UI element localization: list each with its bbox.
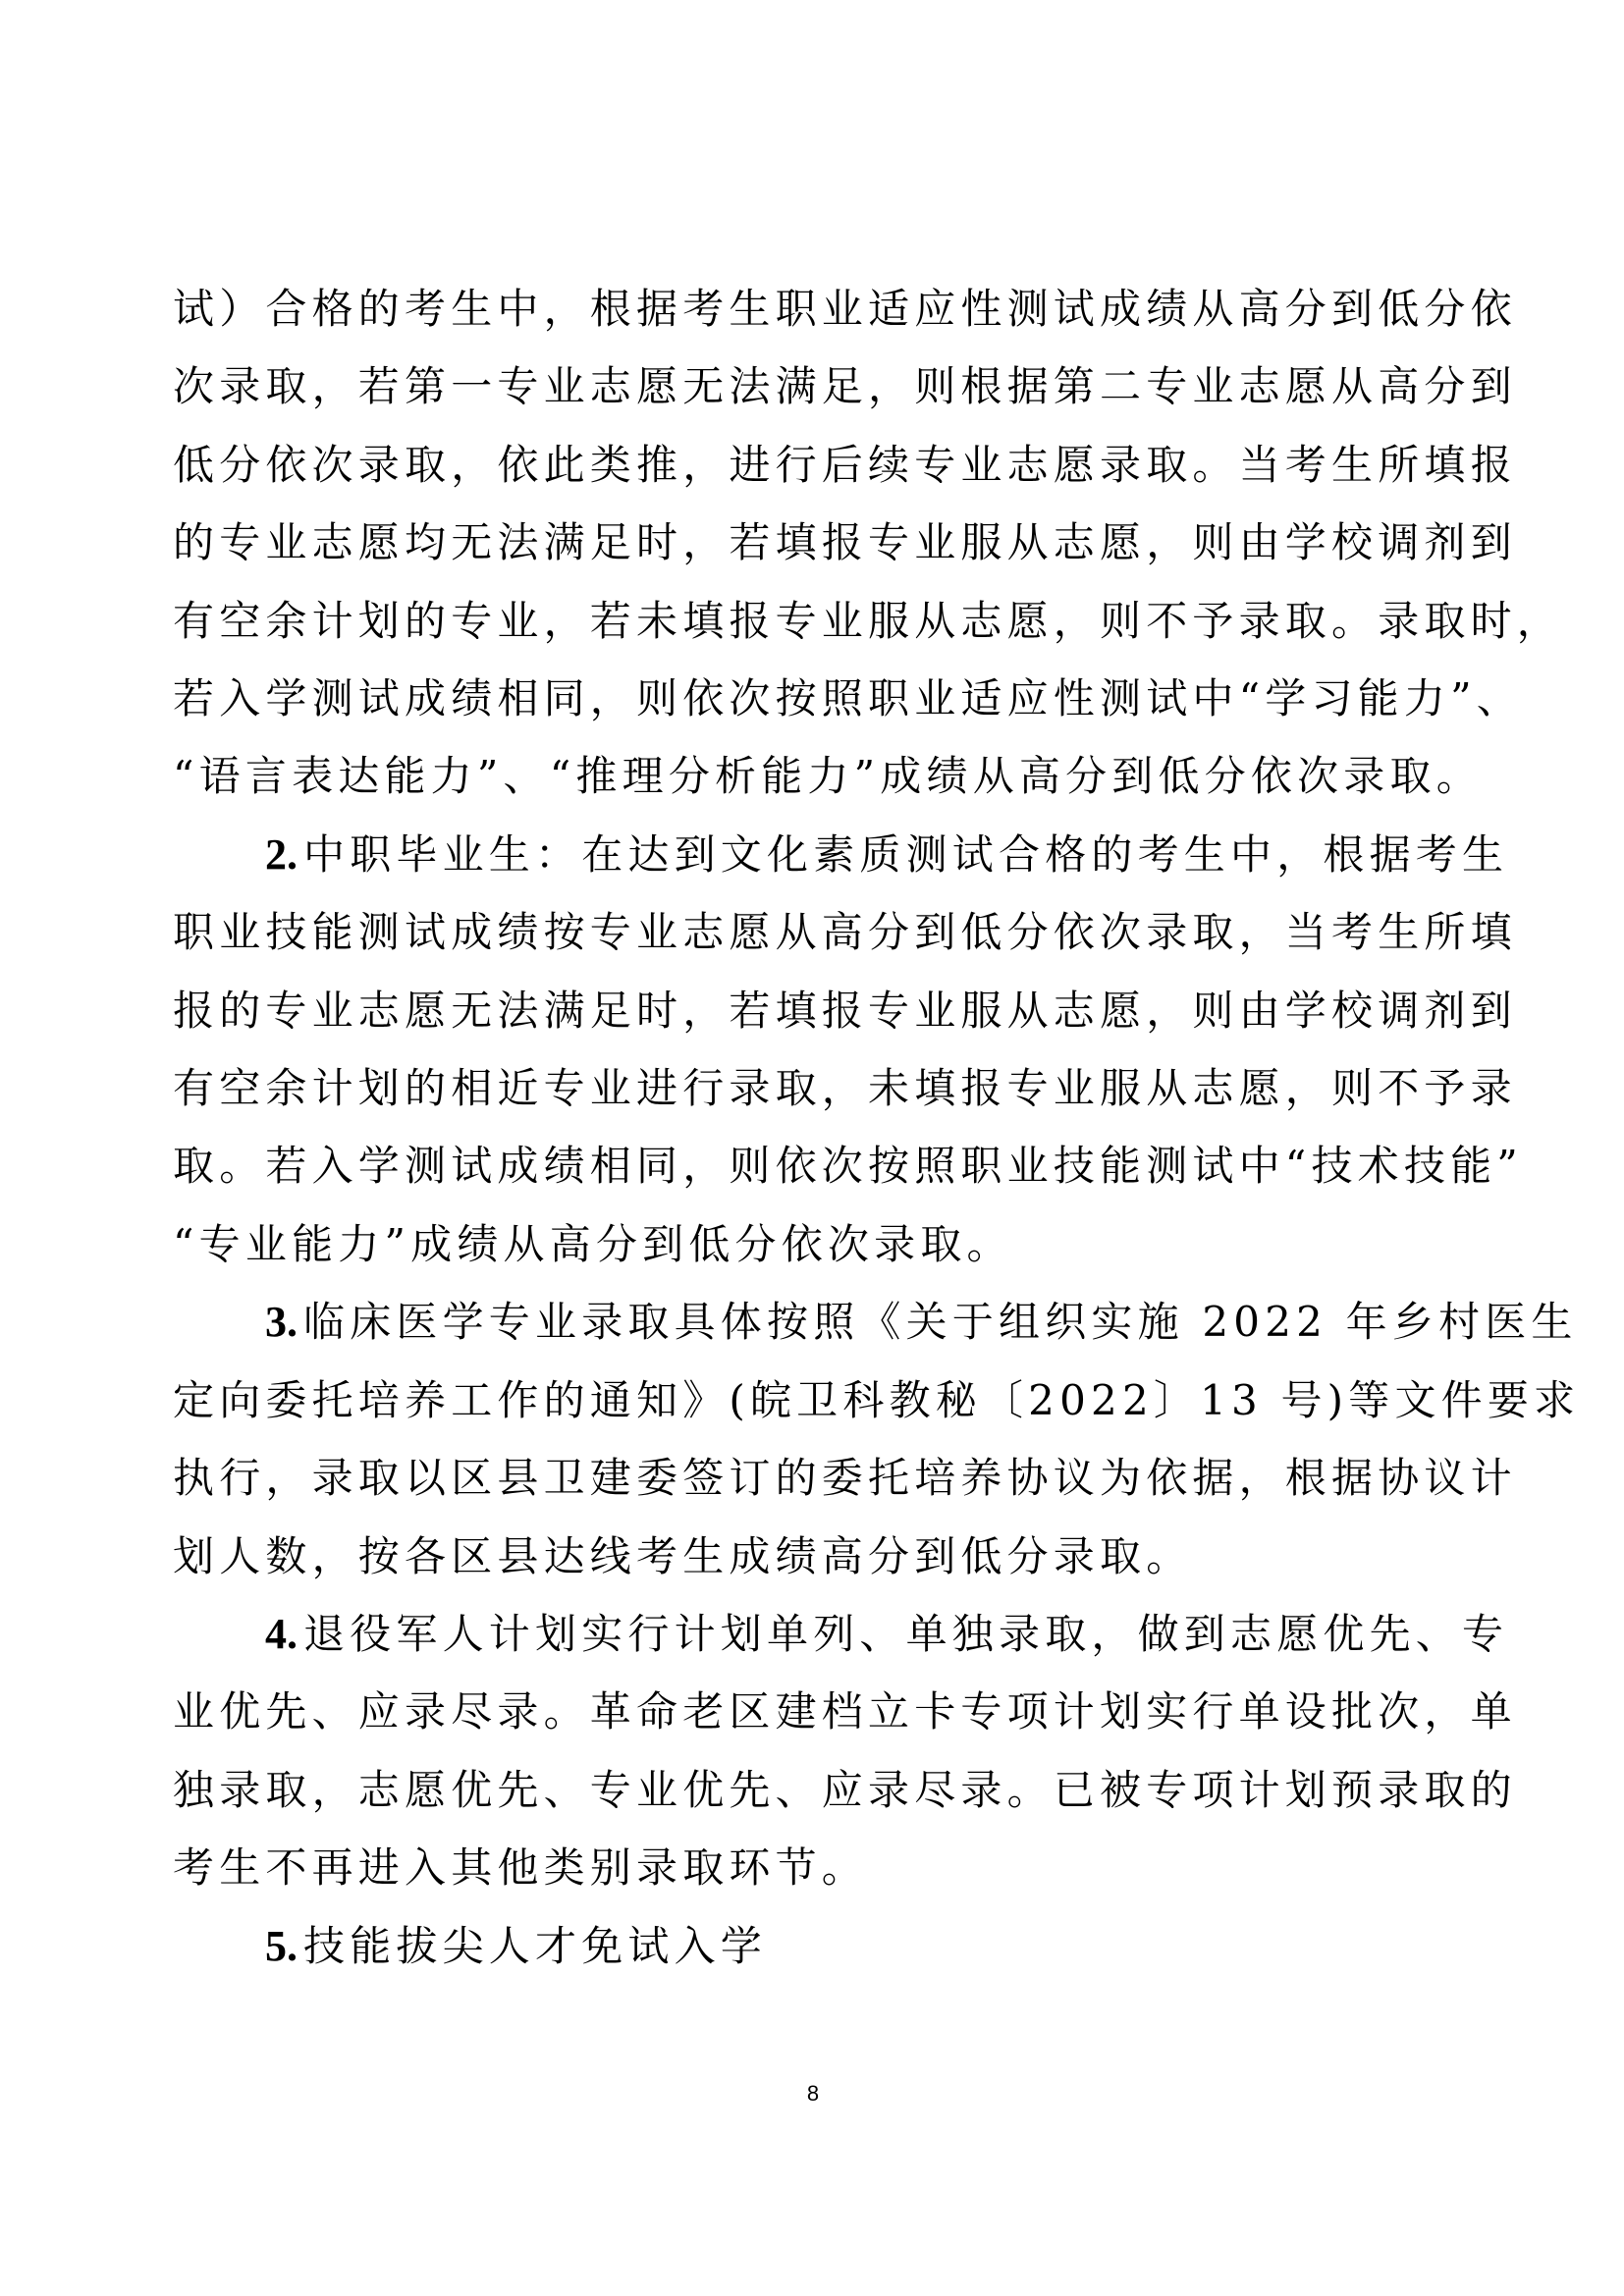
text-line: 低分依次录取，依此类推，进行后续专业志愿录取。当考生所填报 — [173, 426, 1453, 504]
text-line: 4.退役军人计划实行计划单列、单独录取，做到志愿优先、专 — [173, 1595, 1453, 1673]
text-line: 有空余计划的相近专业进行录取，未填报专业服从志愿，则不予录 — [173, 1049, 1453, 1127]
text-line: 考生不再进入其他类别录取环节。 — [173, 1829, 1453, 1906]
text-line: 若入学测试成绩相同，则依次按照职业适应性测试中“学习能力”、 — [173, 660, 1453, 737]
text-line: 的专业志愿均无法满足时，若填报专业服从志愿，则由学校调剂到 — [173, 504, 1453, 581]
item-number: 4. — [265, 1610, 298, 1658]
item-number: 2. — [265, 830, 298, 879]
text-line: 划人数，按各区县达线考生成绩高分到低分录取。 — [173, 1518, 1453, 1595]
item-number: 5. — [265, 1922, 298, 1970]
text-line: 2.中职毕业生：在达到文化素质测试合格的考生中，根据考生 — [173, 816, 1453, 893]
text-line: 取。若入学测试成绩相同，则依次按照职业技能测试中“技术技能” — [173, 1127, 1453, 1204]
paragraph-continuation: 试）合格的考生中，根据考生职业适应性测试成绩从高分到低分依 次录取，若第一专业志… — [173, 270, 1453, 816]
text-run: 退役军人计划实行计划单列、单独录取，做到志愿优先、专 — [303, 1610, 1508, 1658]
page-number: 8 — [801, 2081, 825, 2107]
document-page: 试）合格的考生中，根据考生职业适应性测试成绩从高分到低分依 次录取，若第一专业志… — [0, 0, 1624, 2296]
text-line: 职业技能测试成绩按专业志愿从高分到低分依次录取，当考生所填 — [173, 893, 1453, 971]
text-line: 独录取，志愿优先、专业优先、应录尽录。已被专项计划预录取的 — [173, 1751, 1453, 1829]
text-run: 中职毕业生：在达到文化素质测试合格的考生中，根据考生 — [303, 830, 1508, 879]
body-text: 试）合格的考生中，根据考生职业适应性测试成绩从高分到低分依 次录取，若第一专业志… — [173, 270, 1453, 1985]
paragraph-item-3: 3.临床医学专业录取具体按照《关于组织实施 2022 年乡村医生 定向委托培养工… — [173, 1283, 1453, 1595]
paragraph-item-5: 5.技能拔尖人才免试入学 — [173, 1907, 1453, 1985]
paragraph-item-2: 2.中职毕业生：在达到文化素质测试合格的考生中，根据考生 职业技能测试成绩按专业… — [173, 816, 1453, 1283]
text-line: 5.技能拔尖人才免试入学 — [173, 1907, 1453, 1985]
text-line: “语言表达能力”、“推理分析能力”成绩从高分到低分依次录取。 — [173, 737, 1453, 815]
text-line: 执行，录取以区县卫建委签订的委托培养协议为依据，根据协议计 — [173, 1439, 1453, 1517]
text-line: 3.临床医学专业录取具体按照《关于组织实施 2022 年乡村医生 — [173, 1283, 1453, 1361]
text-line: 定向委托培养工作的通知》(皖卫科教秘〔2022〕13 号)等文件要求 — [173, 1362, 1453, 1439]
text-line: “专业能力”成绩从高分到低分依次录取。 — [173, 1205, 1453, 1283]
text-line: 报的专业志愿无法满足时，若填报专业服从志愿，则由学校调剂到 — [173, 972, 1453, 1049]
item-number: 3. — [265, 1298, 298, 1346]
text-line: 业优先、应录尽录。革命老区建档立卡专项计划实行单设批次，单 — [173, 1673, 1453, 1750]
text-run: 技能拔尖人才免试入学 — [303, 1922, 767, 1970]
paragraph-item-4: 4.退役军人计划实行计划单列、单独录取，做到志愿优先、专 业优先、应录尽录。革命… — [173, 1595, 1453, 1907]
text-line: 试）合格的考生中，根据考生职业适应性测试成绩从高分到低分依 — [173, 270, 1453, 347]
text-line: 次录取，若第一专业志愿无法满足，则根据第二专业志愿从高分到 — [173, 347, 1453, 425]
text-line: 有空余计划的专业，若未填报专业服从志愿，则不予录取。录取时， — [173, 582, 1453, 660]
text-run: 临床医学专业录取具体按照《关于组织实施 2022 年乡村医生 — [303, 1298, 1578, 1346]
